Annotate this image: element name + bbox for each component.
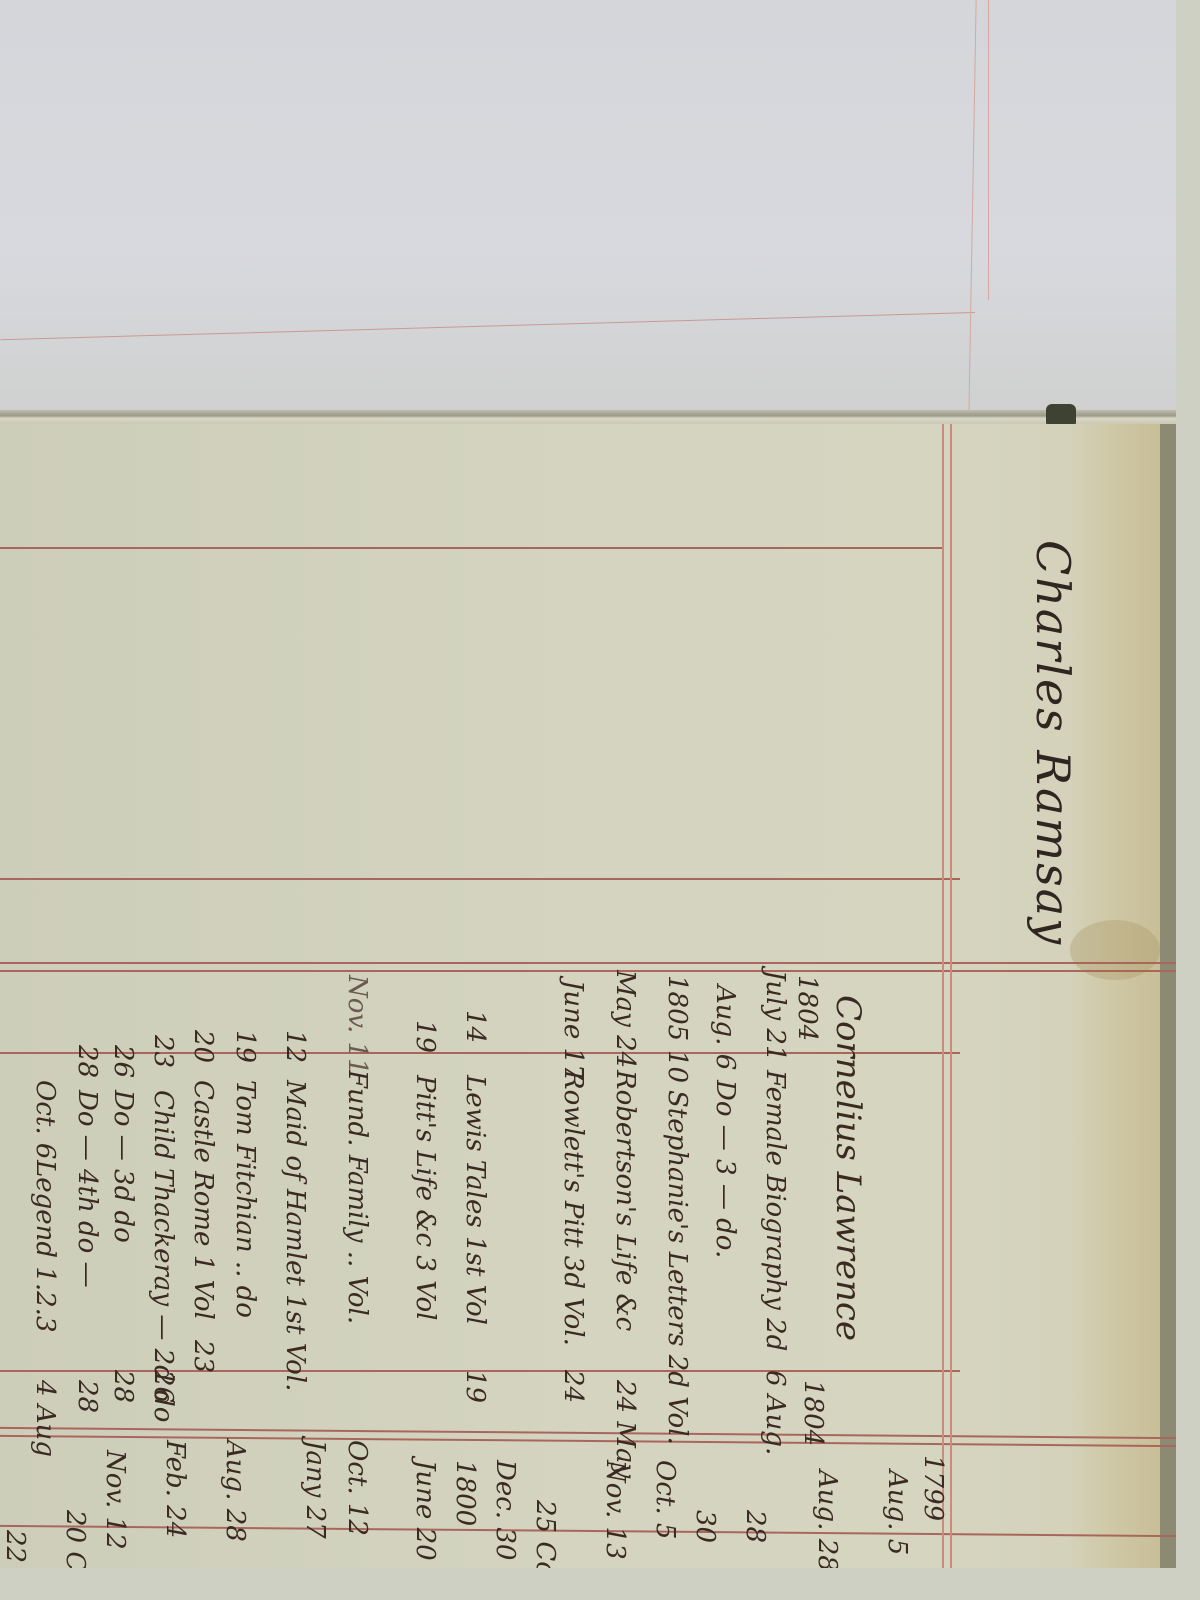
entry-year: 1805 — [662, 975, 692, 1041]
fragment: Aug. 28 — [812, 1470, 842, 1568]
fragment: Feb. 24 — [160, 1440, 190, 1538]
fragment: Nov. 13 — [600, 1460, 630, 1560]
margin-rule — [968, 0, 976, 418]
entry-title: Castle Rome 1 Vol — [188, 1080, 218, 1320]
entry-title: Rowlett's Pitt 3d Vol. — [558, 1070, 588, 1346]
entry-returned: 23 — [188, 1340, 218, 1373]
entry-title: Do — 3d do — [108, 1090, 138, 1243]
borrower-name: Charles Ramsay — [1026, 540, 1080, 946]
fragment: 28 — [740, 1510, 770, 1543]
ruled-line — [0, 962, 1176, 964]
fragment: Dec. 30 — [490, 1460, 520, 1560]
fragment: Aug. 28 — [220, 1440, 250, 1542]
fragment: 30 — [690, 1510, 720, 1543]
entry-title: Fund. Family .. Vol. — [342, 1070, 372, 1324]
entry-date: 10 — [662, 1050, 692, 1083]
fragment: Jany 27 — [300, 1440, 330, 1539]
entry-returned: 28 — [108, 1370, 138, 1403]
ruled-line — [0, 547, 944, 549]
entry-date: 26 — [108, 1045, 138, 1078]
entry-heading: Cornelius Lawrence — [828, 995, 868, 1341]
entry-date: Oct. 6 — [30, 1080, 60, 1159]
entry-date: 14 — [460, 1010, 490, 1043]
entry-title: Legend 1.2.3 — [30, 1160, 60, 1333]
margin-rule — [988, 0, 989, 300]
ruled-line — [0, 1052, 960, 1054]
entry-returned: 6 Aug. — [760, 1370, 790, 1455]
entry-returned: 4 Aug — [30, 1380, 60, 1457]
entry-title: Female Biography 2d — [760, 1070, 790, 1351]
entry-date: 19 — [410, 1020, 440, 1053]
entry-returned: 19 — [460, 1370, 490, 1403]
fragment: 22 — [0, 1530, 30, 1563]
fragment: 25 Co — [530, 1500, 560, 1568]
fragment: 20 Cor — [60, 1510, 90, 1568]
fragment: Aug. 5 — [882, 1470, 912, 1555]
entry-returned: 26 — [148, 1370, 178, 1403]
entry-title: Pitt's Life &c 3 Vol — [410, 1075, 440, 1320]
entry-date: July 21 — [760, 970, 790, 1062]
entry-title: Lewis Tales 1st Vol — [460, 1075, 490, 1325]
ruled-line — [0, 970, 1176, 972]
entry-title: Maid of Hamlet 1st Vol. — [280, 1080, 310, 1391]
fragment: June 20 — [410, 1460, 440, 1561]
entry-date: 12 — [280, 1030, 310, 1063]
entry-returned: 28 — [72, 1380, 102, 1413]
entry-title: Do — 3 — do. — [710, 1080, 740, 1258]
fragment: 1799 — [918, 1455, 948, 1521]
entry-date: May 24 — [610, 970, 640, 1068]
entry-year: 1804 — [798, 1380, 828, 1446]
ruled-line — [0, 878, 960, 880]
entry-title: Stephanie's Letters 2d Vol. — [662, 1090, 692, 1445]
margin-rule — [942, 424, 944, 1568]
fragment: Oct. 12 — [342, 1440, 372, 1536]
fragment: Oct. 5 — [650, 1460, 680, 1539]
page-edge — [1160, 424, 1176, 1568]
entry-date: 19 — [230, 1030, 260, 1063]
entry-title: Do — 4th do — — [72, 1090, 102, 1288]
entry-date: Aug. 6 — [710, 985, 740, 1070]
margin-rule — [950, 424, 952, 1568]
fragment: Nov. 12 — [100, 1450, 130, 1550]
entry-title: Robertson's Life &c — [610, 1070, 640, 1331]
entry-date: 20 — [188, 1030, 218, 1063]
entry-returned: 24 — [558, 1370, 588, 1403]
fragment: 1800 — [450, 1460, 480, 1526]
entry-date: Nov. 11 — [342, 975, 372, 1075]
entry-year: 1804 — [792, 975, 822, 1041]
page-gutter — [0, 410, 1176, 424]
previous-page — [0, 0, 1176, 418]
ruled-line — [0, 312, 975, 340]
entry-date: 23 — [148, 1035, 178, 1068]
entry-date: 28 — [72, 1045, 102, 1078]
entry-title: Tom Fitchian .. do — [230, 1080, 260, 1318]
entry-date: June 17 — [558, 980, 588, 1081]
